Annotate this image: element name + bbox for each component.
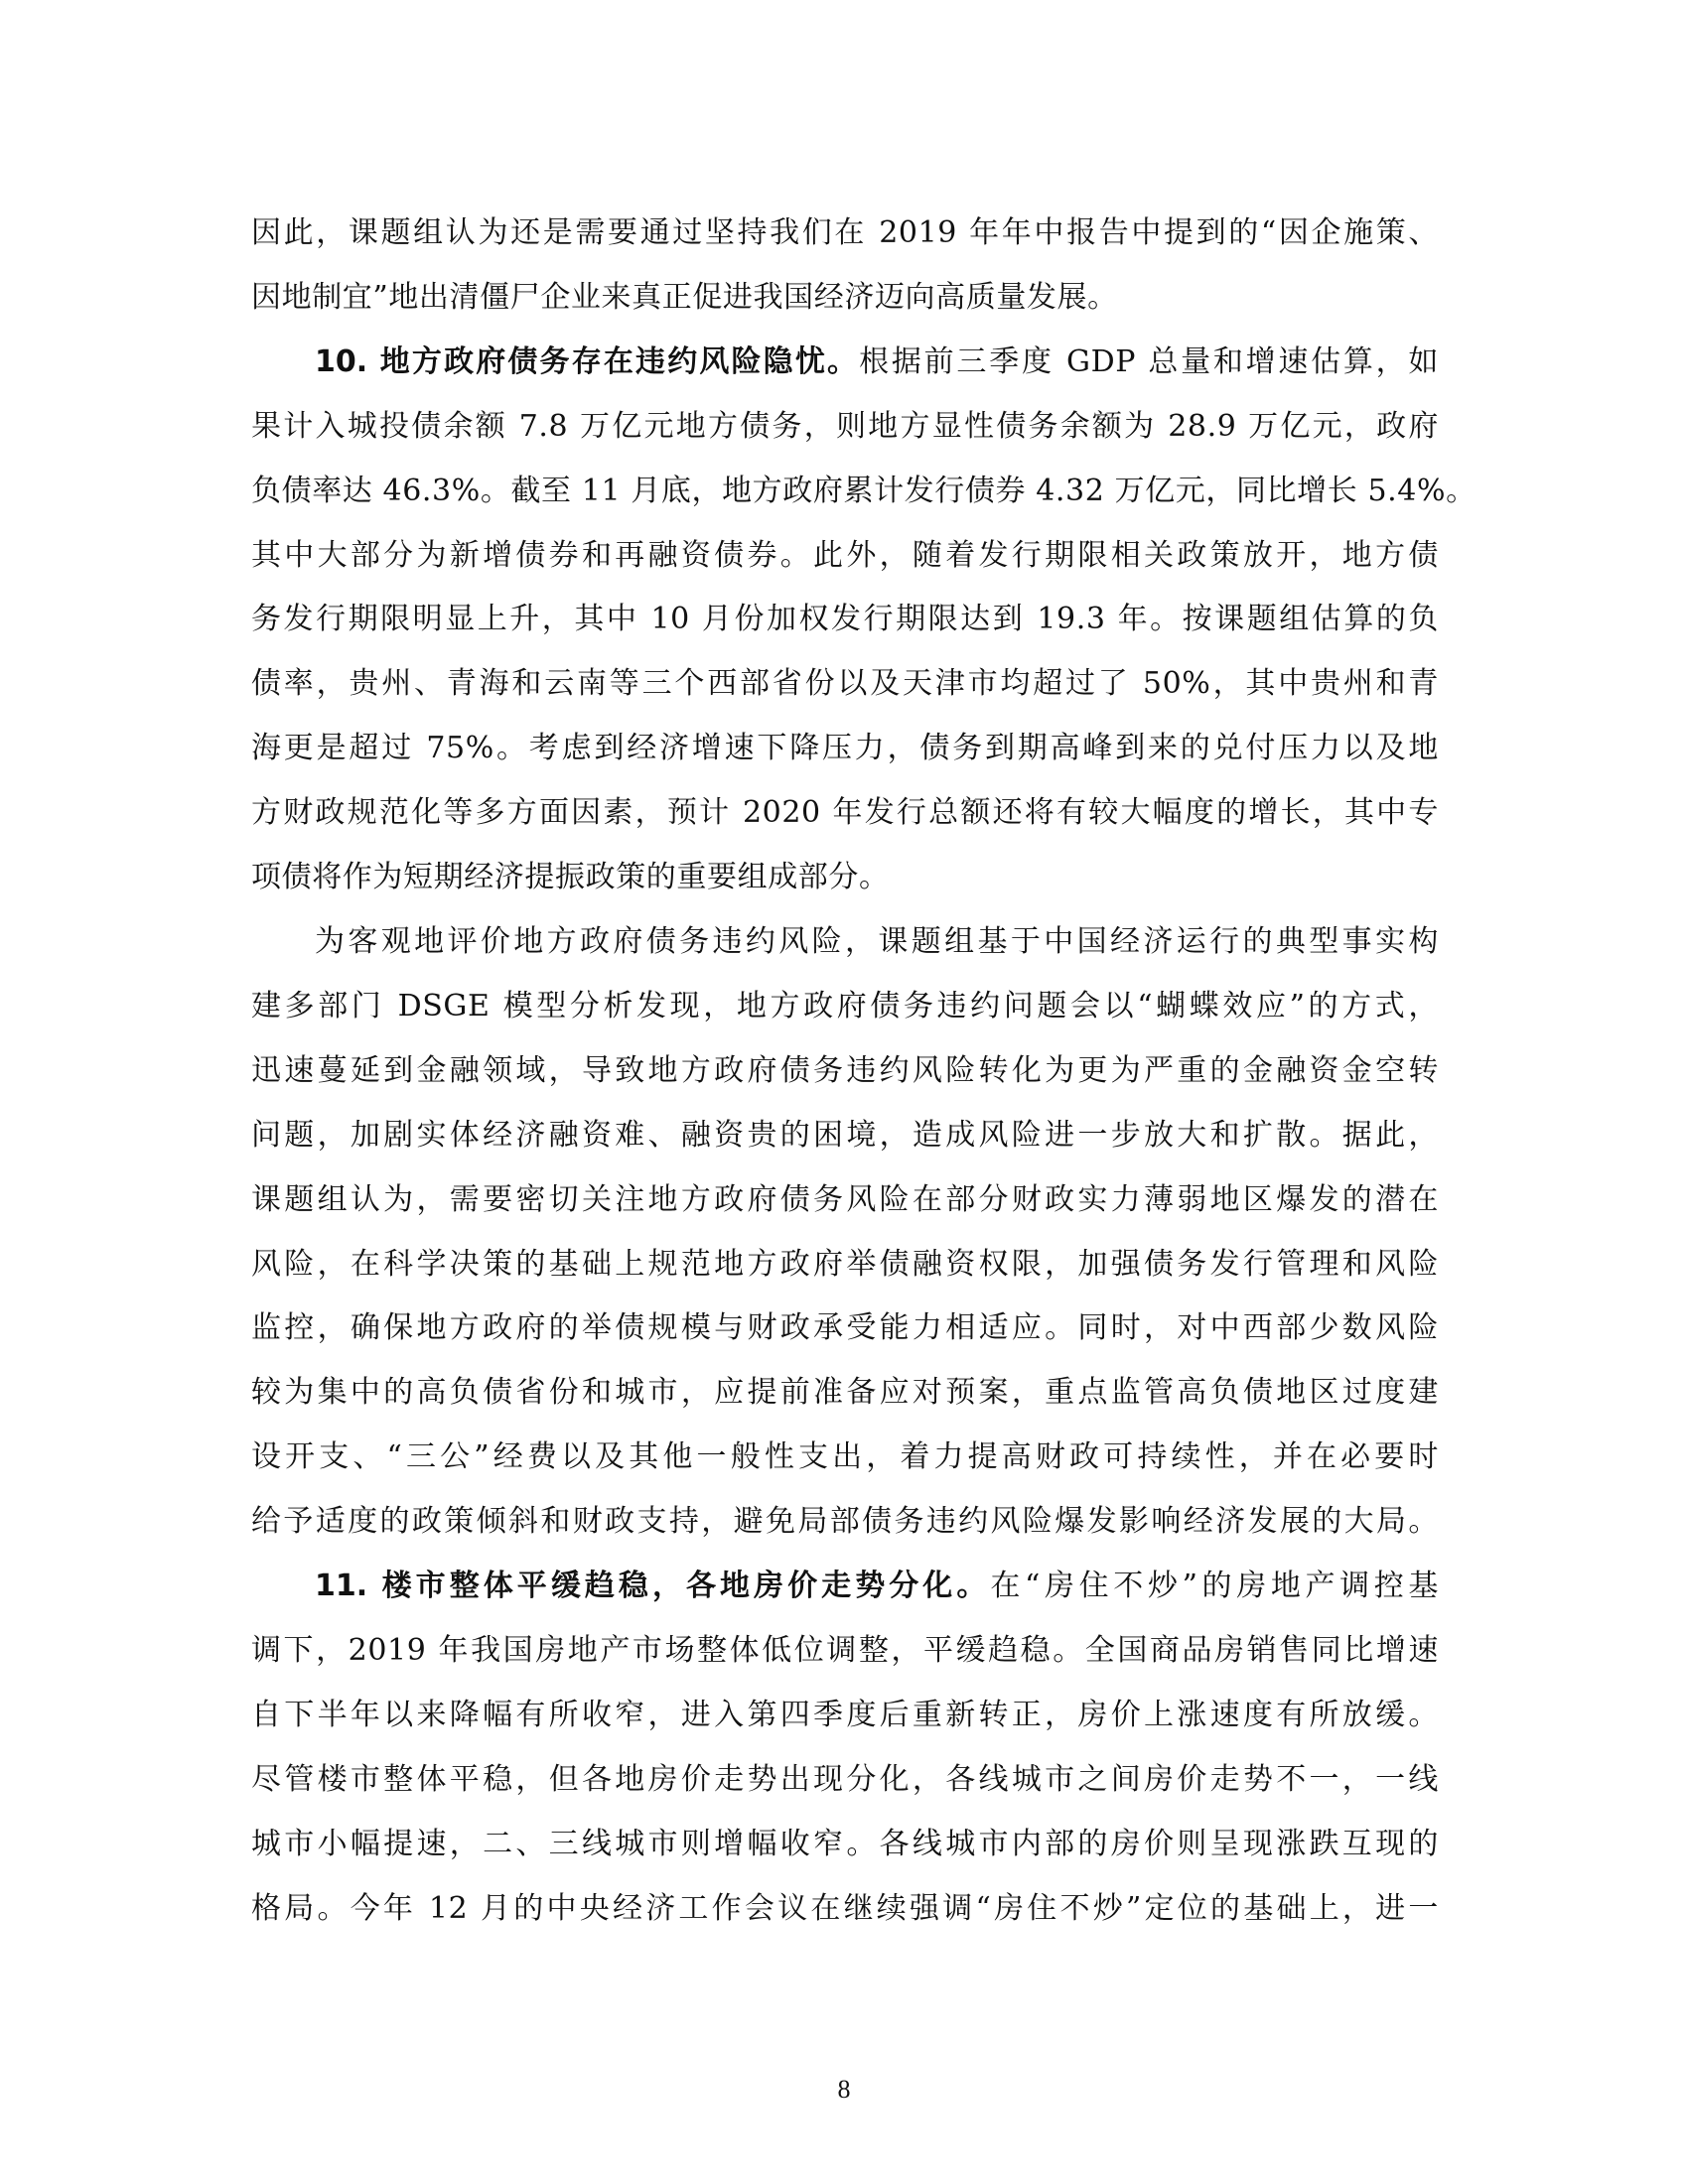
text-line: 问题，加剧实体经济融资难、融资贵的困境，造成风险进一步放大和扩散。据此，	[251, 1104, 1439, 1168]
text-line: 设开支、“三公”经费以及其他一般性支出，着力提高财政可持续性，并在必要时	[251, 1426, 1439, 1490]
text-line: 负债率达 46.3%。截至 11 月底，地方政府累计发行债券 4.32 万亿元，…	[251, 460, 1439, 524]
paragraph-dsge-analysis: 为客观地评价地方政府债务违约风险，课题组基于中国经济运行的典型事实构 建多部门 …	[251, 910, 1439, 1555]
paragraph-section-10: 10. 地方政府债务存在违约风险隐忧。根据前三季度 GDP 总量和增速估算，如 …	[251, 331, 1439, 910]
paragraph-section-11: 11. 楼市整体平缓趋稳，各地房价走势分化。在“房住不炒”的房地产调控基 调下，…	[251, 1555, 1439, 1941]
text-line: 建多部门 DSGE 模型分析发现，地方政府债务违约问题会以“蝴蝶效应”的方式，	[251, 975, 1439, 1039]
text-line: 迅速蔓延到金融领域，导致地方政府债务违约风险转化为更为严重的金融资金空转	[251, 1039, 1439, 1104]
text-line: 方财政规范化等多方面因素，预计 2020 年发行总额还将有较大幅度的增长，其中专	[251, 781, 1439, 846]
text-line: 项债将作为短期经济提振政策的重要组成部分。	[251, 846, 1439, 910]
text-line: 果计入城投债余额 7.8 万亿元地方债务，则地方显性债务余额为 28.9 万亿元…	[251, 395, 1439, 460]
section-heading-11: 11. 楼市整体平缓趋稳，各地房价走势分化。	[315, 1569, 990, 1603]
text-line: 较为集中的高负债省份和城市，应提前准备应对预案，重点监管高负债地区过度建	[251, 1361, 1439, 1426]
section-heading-10: 10. 地方政府债务存在违约风险隐忧。	[315, 344, 859, 379]
document-page: 因此，课题组认为还是需要通过坚持我们在 2019 年年中报告中提到的“因企施策、…	[0, 0, 1688, 2184]
page-number: 8	[0, 2075, 1688, 2105]
text-line: 城市小幅提速，二、三线城市则增幅收窄。各线城市内部的房价则呈现涨跌互现的	[251, 1813, 1439, 1877]
text-line: 务发行期限明显上升，其中 10 月份加权发行期限达到 19.3 年。按课题组估算…	[251, 588, 1439, 652]
text-line: 调下，2019 年我国房地产市场整体低位调整，平缓趋稳。全国商品房销售同比增速	[251, 1619, 1439, 1684]
text-line: 课题组认为，需要密切关注地方政府债务风险在部分财政实力薄弱地区爆发的潜在	[251, 1168, 1439, 1233]
text-line: 11. 楼市整体平缓趋稳，各地房价走势分化。在“房住不炒”的房地产调控基	[251, 1555, 1439, 1619]
text-line: 其中大部分为新增债券和再融资债券。此外，随着发行期限相关政策放开，地方债	[251, 524, 1439, 589]
body-text: 因此，课题组认为还是需要通过坚持我们在 2019 年年中报告中提到的“因企施策、…	[251, 202, 1439, 1941]
text-line: 债率，贵州、青海和云南等三个西部省份以及天津市均超过了 50%，其中贵州和青	[251, 652, 1439, 717]
text-line: 尽管楼市整体平稳，但各地房价走势出现分化，各线城市之间房价走势不一，一线	[251, 1748, 1439, 1813]
text-line: 10. 地方政府债务存在违约风险隐忧。根据前三季度 GDP 总量和增速估算，如	[251, 331, 1439, 395]
paragraph-continuation: 因此，课题组认为还是需要通过坚持我们在 2019 年年中报告中提到的“因企施策、…	[251, 202, 1439, 331]
text-line: 监控，确保地方政府的举债规模与财政承受能力相适应。同时，对中西部少数风险	[251, 1297, 1439, 1361]
text-run: 在“房住不炒”的房地产调控基	[990, 1569, 1439, 1603]
text-line: 为客观地评价地方政府债务违约风险，课题组基于中国经济运行的典型事实构	[251, 910, 1439, 975]
text-line: 因地制宜”地出清僵尸企业来真正促进我国经济迈向高质量发展。	[251, 266, 1439, 331]
text-line: 格局。今年 12 月的中央经济工作会议在继续强调“房住不炒”定位的基础上，进一	[251, 1877, 1439, 1942]
text-line: 因此，课题组认为还是需要通过坚持我们在 2019 年年中报告中提到的“因企施策、	[251, 202, 1439, 266]
text-line: 自下半年以来降幅有所收窄，进入第四季度后重新转正，房价上涨速度有所放缓。	[251, 1684, 1439, 1748]
text-line: 海更是超过 75%。考虑到经济增速下降压力，债务到期高峰到来的兑付压力以及地	[251, 717, 1439, 781]
text-line: 给予适度的政策倾斜和财政支持，避免局部债务违约风险爆发影响经济发展的大局。	[251, 1490, 1439, 1555]
text-line: 风险，在科学决策的基础上规范地方政府举债融资权限，加强债务发行管理和风险	[251, 1233, 1439, 1297]
text-run: 根据前三季度 GDP 总量和增速估算，如	[859, 344, 1439, 379]
